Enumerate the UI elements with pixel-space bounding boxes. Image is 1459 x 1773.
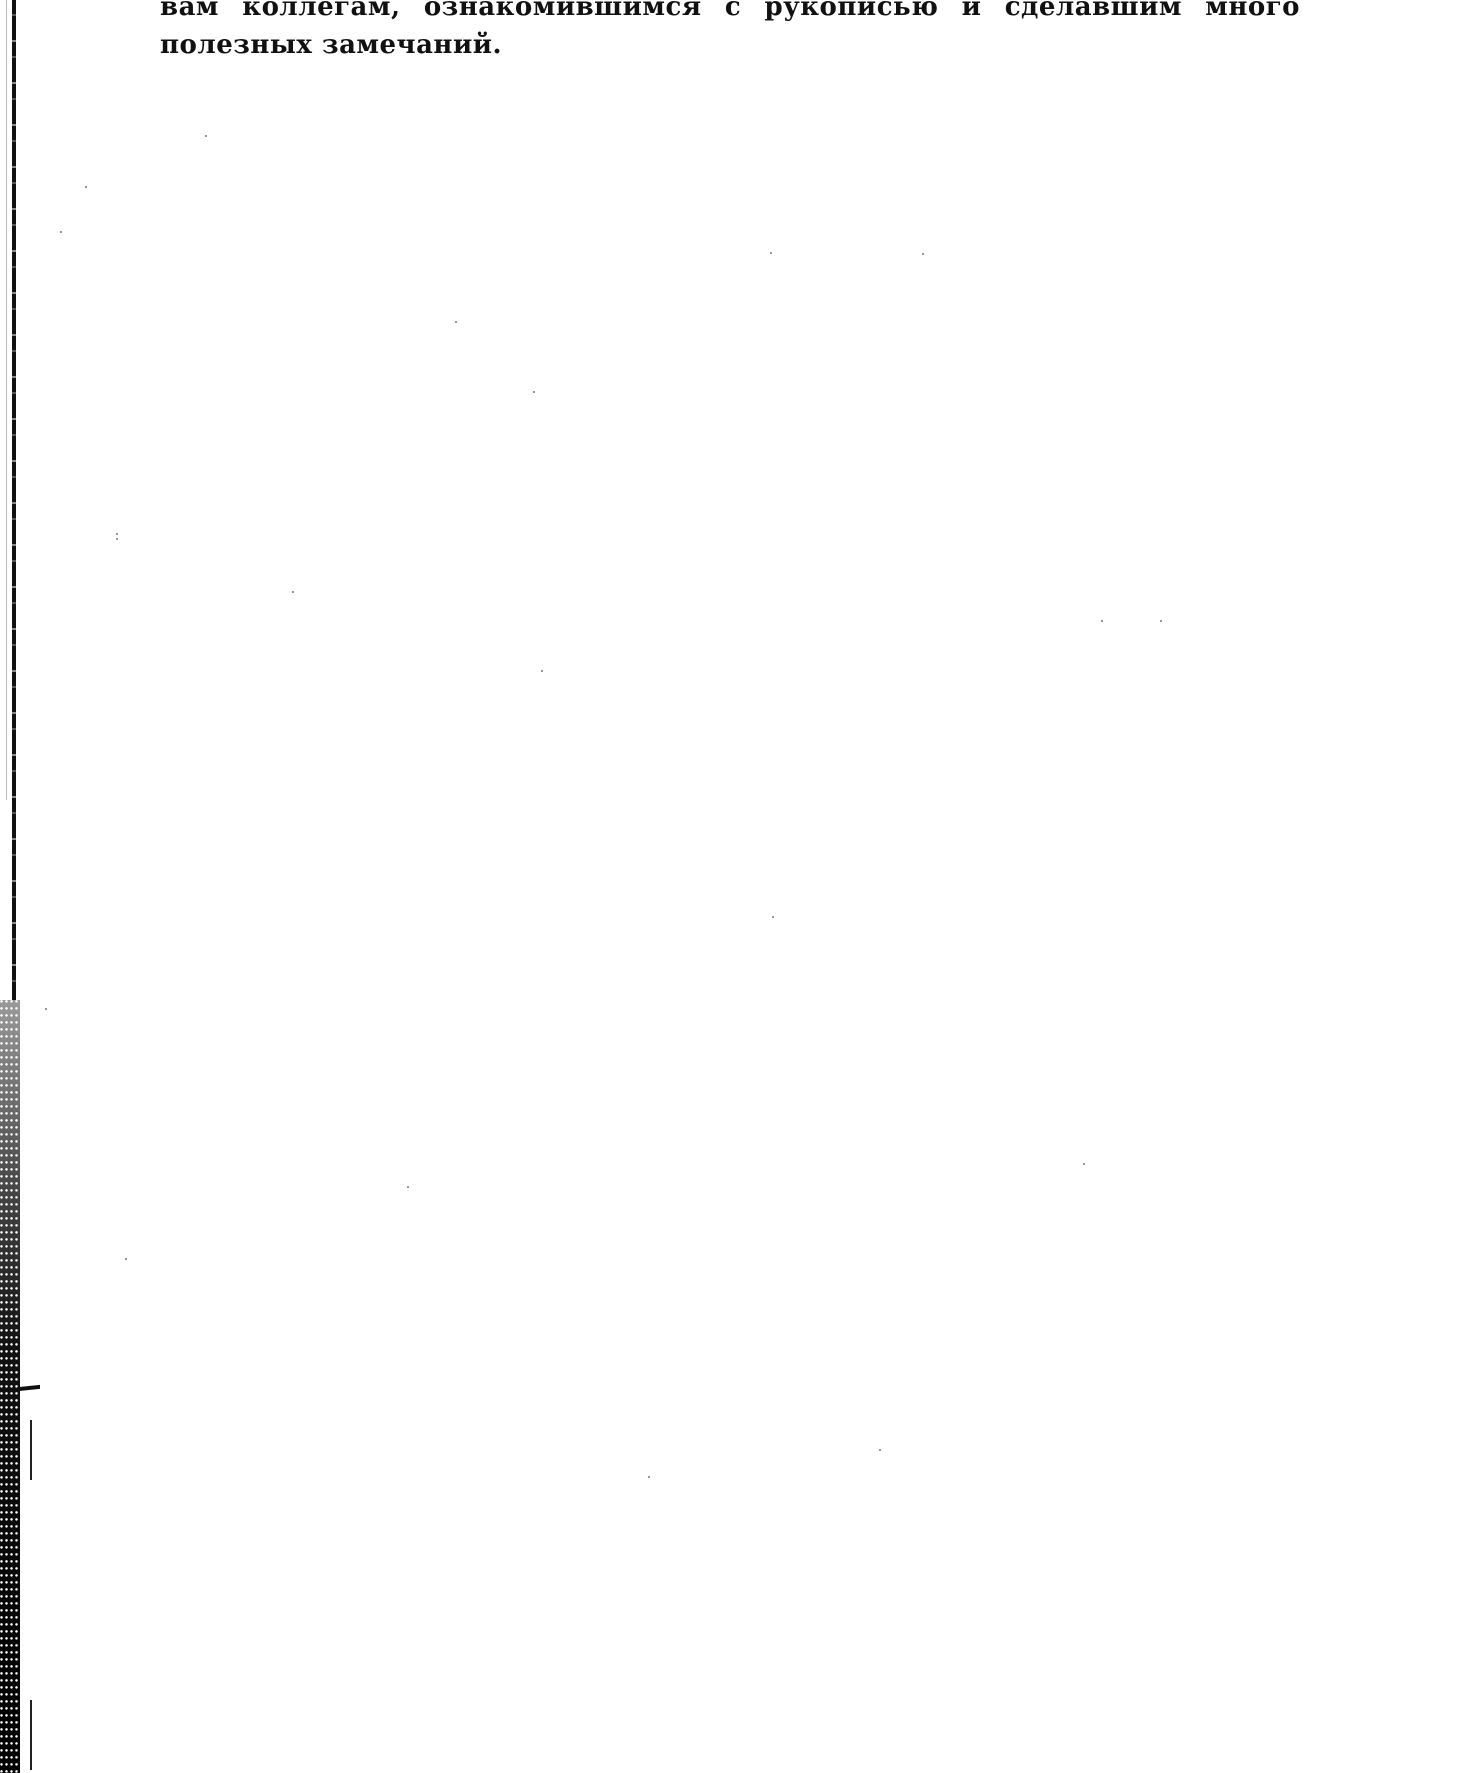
scan-speck [45, 1008, 47, 1010]
scan-speck [292, 591, 294, 593]
scan-speck [533, 391, 535, 393]
binding-mark [30, 1420, 32, 1480]
scan-speck [60, 231, 62, 233]
scan-speck [770, 252, 772, 254]
paragraph-tail: вам коллегам, ознакомившимся с рукописью… [160, 0, 1300, 64]
scan-speck [125, 1258, 127, 1260]
scan-speck [1083, 1163, 1085, 1165]
scan-speck [1160, 620, 1162, 622]
text-line-1: вам коллегам, ознакомившимся с рукописью… [160, 0, 1300, 26]
scan-speck [648, 1476, 650, 1478]
scan-speck [85, 186, 87, 188]
scan-speck [922, 253, 924, 255]
scan-speck [407, 1186, 409, 1188]
scan-speck [455, 321, 457, 323]
binding-shadow [0, 1000, 20, 1773]
scan-speck [541, 670, 543, 672]
scan-speck [1101, 620, 1103, 622]
scanned-page: вам коллегам, ознакомившимся с рукописью… [0, 0, 1459, 1773]
scan-speck [116, 538, 118, 540]
scan-speck [205, 135, 207, 137]
scan-speck [772, 916, 774, 918]
scan-speck [116, 533, 118, 535]
scan-speck [879, 1449, 881, 1451]
binding-mark [30, 1700, 32, 1770]
binding-notch [18, 1385, 40, 1391]
binding-edge-thin-line [6, 0, 7, 800]
text-line-2: полезных замечаний. [160, 26, 1300, 64]
